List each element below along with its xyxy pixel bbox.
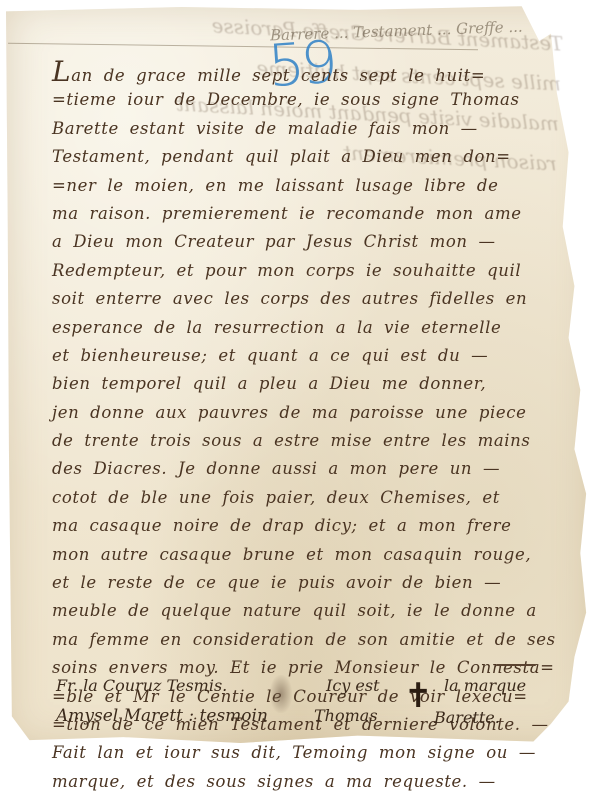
body-line: =ner le moien, en me laissant lusage lib…: [52, 172, 572, 200]
testator-cross-mark-icon: ✝: [404, 676, 433, 716]
testator-mark-caption-2: la marque: [444, 676, 526, 695]
body-line: ma raison. premierement ie recomande mon…: [52, 200, 572, 228]
body-line: Redempteur, et pour mon corps ie souhait…: [52, 257, 572, 285]
body-line: ma femme en consideration de son amitie …: [52, 626, 572, 654]
body-line: Barette estant visite de maladie fais mo…: [52, 115, 572, 143]
body-line: et bienheureuse; et quant a ce qui est d…: [52, 342, 572, 370]
testator-mark-caption: Icy est: [326, 676, 380, 695]
witness-signature-1: Fr. la Couruz Tesmis.: [56, 676, 227, 695]
body-line: cotot de ble une fois paier, deux Chemis…: [52, 484, 572, 512]
signature-block: Fr. la Couruz Tesmis. Icy est la marque …: [56, 670, 556, 730]
body-line: des Diacres. Je donne aussi a mon pere u…: [52, 455, 572, 483]
body-line: bien temporel quil a pleu a Dieu me donn…: [52, 370, 572, 398]
body-line: jen donne aux pauvres de ma paroisse une…: [52, 399, 572, 427]
witness-signature-2: Amysel Marett : tesmoin: [56, 706, 268, 726]
body-line: esperance de la resurrection a la vie et…: [52, 314, 572, 342]
body-line: mon autre casaque brune et mon casaquin …: [52, 541, 572, 569]
will-body-text: Lan de grace mille sept cents sept le hu…: [52, 58, 572, 760]
testator-last-name: Barette.: [434, 708, 500, 727]
body-line: ma casaque noire de drap dicy; et a mon …: [52, 512, 572, 540]
ink-stain: [270, 675, 292, 713]
body-line: =tieme iour de Decembre, ie sous signe T…: [52, 86, 572, 114]
testator-first-name: Thomas: [314, 706, 378, 725]
body-line: soit enterre avec les corps des autres f…: [52, 285, 572, 313]
body-line: Lan de grace mille sept cents sept le hu…: [52, 58, 572, 86]
body-line: et le reste de ce que ie puis avoir de b…: [52, 569, 572, 597]
body-line: Testament, pendant quil plait a Dieu men…: [52, 143, 572, 171]
body-line: de trente trois sous a estre mise entre …: [52, 427, 572, 455]
body-line: a Dieu mon Createur par Jesus Christ mon…: [52, 228, 572, 256]
line-end-flourish: [496, 664, 536, 666]
body-line: Fait lan et iour sus dit, Temoing mon si…: [52, 739, 572, 760]
body-line: meuble de quelque nature quil soit, ie l…: [52, 597, 572, 625]
